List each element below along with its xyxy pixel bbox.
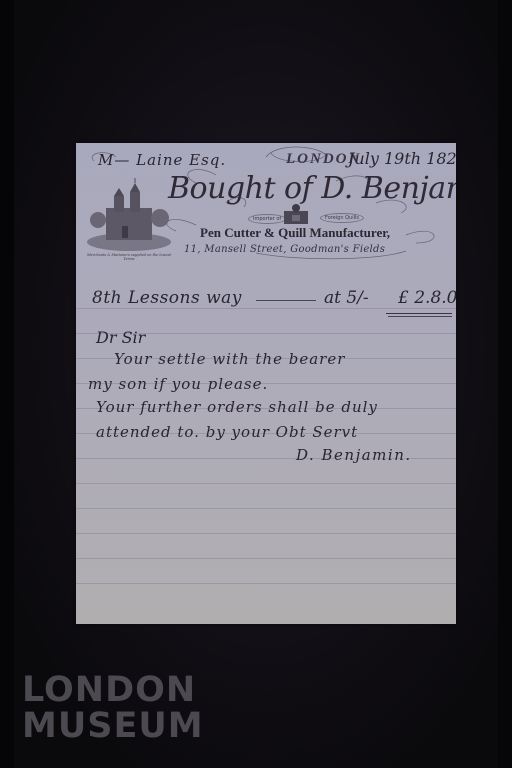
trade-description: Pen Cutter & Quill Manufacturer,: [200, 225, 390, 241]
letter-line: Your further orders shall be duly: [96, 398, 378, 416]
church-engraving-icon: [84, 178, 174, 254]
line-item-description: 8th Lessons way: [92, 288, 242, 308]
slide-border-right: [498, 0, 512, 768]
logo-line-1: LONDON: [22, 672, 204, 708]
signature: D. Benjamin.: [296, 446, 412, 464]
letter-salutation: Dr Sir: [96, 328, 145, 347]
line-item-rate: at 5/-: [324, 288, 369, 308]
business-address: 11, Mansell Street, Goodman's Fields: [184, 244, 385, 255]
letter-line: my son if you please.: [88, 375, 268, 393]
foreign-quills-label: Foreign Quills: [320, 213, 364, 223]
invoice-document: Merchants & Stationers supplied on the l…: [76, 143, 456, 624]
amount-underline: [386, 313, 452, 314]
quill-cutter-emblem-icon: [281, 203, 311, 225]
letter-line: attended to. by your Obt Servt: [96, 423, 358, 441]
slide-border-left: [0, 0, 14, 768]
engraving-caption: Merchants & Stationers supplied on the l…: [86, 253, 172, 261]
london-museum-logo: LONDON MUSEUM: [22, 672, 204, 744]
leader-dash: [256, 300, 316, 301]
letter-line: Your settle with the bearer: [114, 350, 345, 368]
line-item-amount: £ 2.8.0: [398, 288, 456, 308]
bought-of-heading: Bought of D. Benjamin,: [168, 171, 456, 206]
logo-line-2: MUSEUM: [22, 708, 204, 744]
letterhead: Merchants & Stationers supplied on the l…: [76, 143, 456, 263]
invoice-date: July 19th 1829: [348, 149, 456, 168]
addressee: M— Laine Esq.: [98, 151, 226, 169]
amount-double-underline: [388, 316, 452, 317]
